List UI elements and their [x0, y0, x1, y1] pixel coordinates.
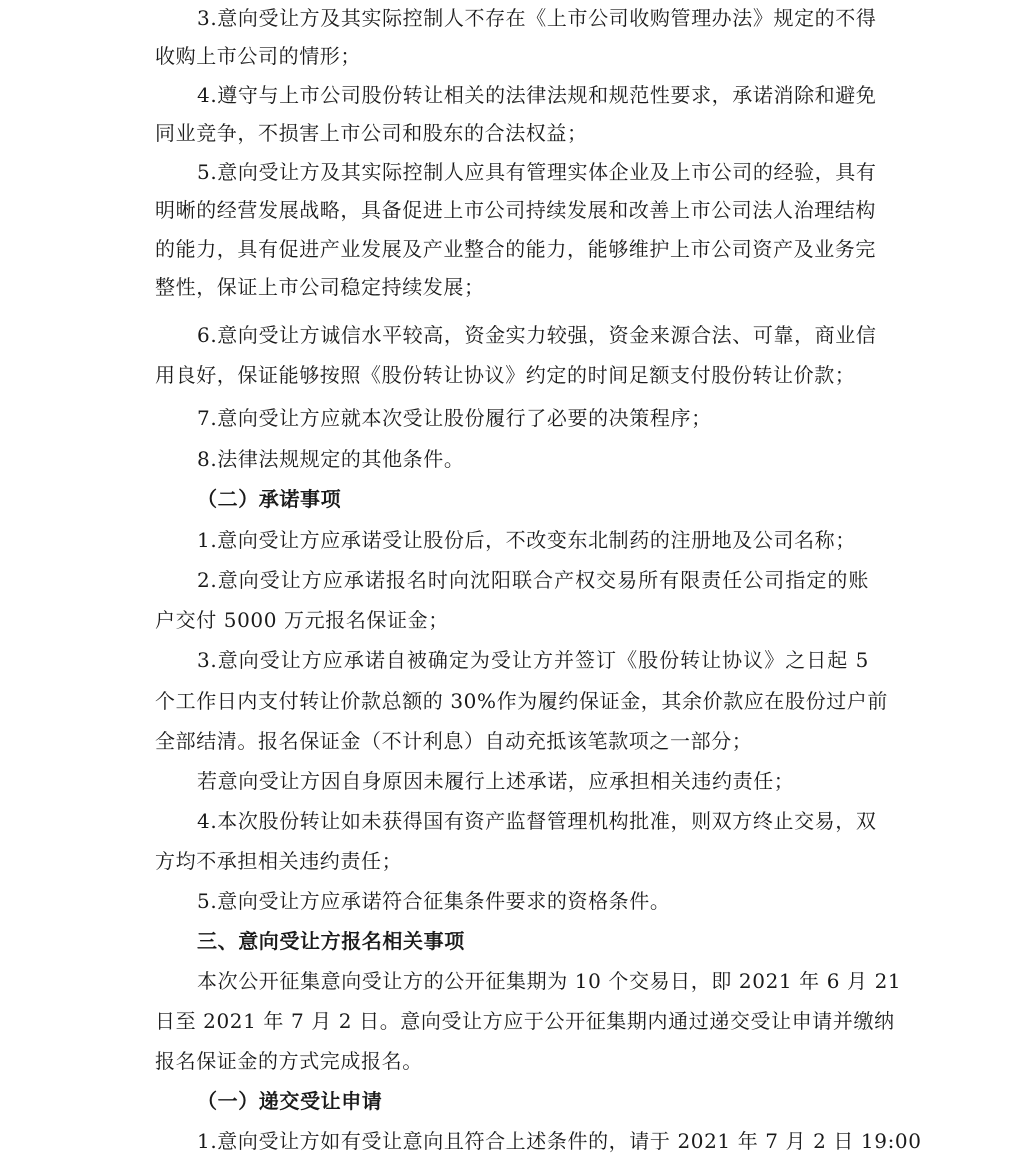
section-heading: （二）承诺事项 — [197, 484, 869, 514]
paragraph-line: 1.意向受让方应承诺受让股份后，不改变东北制药的注册地及公司名称； — [197, 525, 869, 555]
paragraph-line: 方均不承担相关违约责任； — [155, 846, 869, 876]
paragraph-line: 报名保证金的方式完成报名。 — [155, 1046, 869, 1076]
paragraph-line: 5.意向受让方应承诺符合征集条件要求的资格条件。 — [197, 886, 869, 916]
paragraph-line: 3.意向受让方及其实际控制人不存在《上市公司收购管理办法》规定的不得 — [197, 3, 869, 33]
paragraph-line: 1.意向受让方如有受让意向且符合上述条件的，请于 2021 年 7 月 2 日 … — [197, 1126, 869, 1156]
paragraph-line: 个工作日内支付转让价款总额的 30%作为履约保证金，其余价款应在股份过户前 — [155, 686, 869, 716]
paragraph-line: 本次公开征集意向受让方的公开征集期为 10 个交易日，即 2021 年 6 月 … — [197, 966, 869, 996]
paragraph-line: 6.意向受让方诚信水平较高，资金实力较强，资金来源合法、可靠，商业信 — [197, 320, 869, 350]
paragraph-line: 同业竞争，不损害上市公司和股东的合法权益； — [155, 118, 869, 148]
paragraph-line: 用良好，保证能够按照《股份转让协议》约定的时间足额支付股份转让价款； — [155, 360, 869, 390]
paragraph-line: 2.意向受让方应承诺报名时向沈阳联合产权交易所有限责任公司指定的账 — [197, 565, 869, 595]
paragraph-line: 若意向受让方因自身原因未履行上述承诺，应承担相关违约责任； — [197, 766, 869, 796]
paragraph-line: 明晰的经营发展战略，具备促进上市公司持续发展和改善上市公司法人治理结构 — [155, 195, 869, 225]
paragraph-line: 整性，保证上市公司稳定持续发展； — [155, 272, 869, 302]
paragraph-line: 8.法律法规规定的其他条件。 — [197, 444, 869, 474]
paragraph-line: 4.遵守与上市公司股份转让相关的法律法规和规范性要求，承诺消除和避免 — [197, 80, 869, 110]
paragraph-line: 日至 2021 年 7 月 2 日。意向受让方应于公开征集期内通过递交受让申请并… — [155, 1006, 869, 1036]
paragraph-line: 7.意向受让方应就本次受让股份履行了必要的决策程序； — [197, 403, 869, 433]
paragraph-line: 4.本次股份转让如未获得国有资产监督管理机构批准，则双方终止交易，双 — [197, 806, 869, 836]
paragraph-line: 收购上市公司的情形； — [155, 41, 869, 71]
paragraph-line: 全部结清。报名保证金（不计利息）自动充抵该笔款项之一部分； — [155, 726, 869, 756]
paragraph-line: 3.意向受让方应承诺自被确定为受让方并签订《股份转让协议》之日起 5 — [197, 645, 869, 675]
section-heading: 三、意向受让方报名相关事项 — [197, 926, 869, 956]
paragraph-line: 的能力，具有促进产业发展及产业整合的能力，能够维护上市公司资产及业务完 — [155, 234, 869, 264]
section-heading: （一）递交受让申请 — [197, 1086, 869, 1116]
paragraph-line: 5.意向受让方及其实际控制人应具有管理实体企业及上市公司的经验，具有 — [197, 157, 869, 187]
paragraph-line: 户交付 5000 万元报名保证金； — [155, 605, 869, 635]
